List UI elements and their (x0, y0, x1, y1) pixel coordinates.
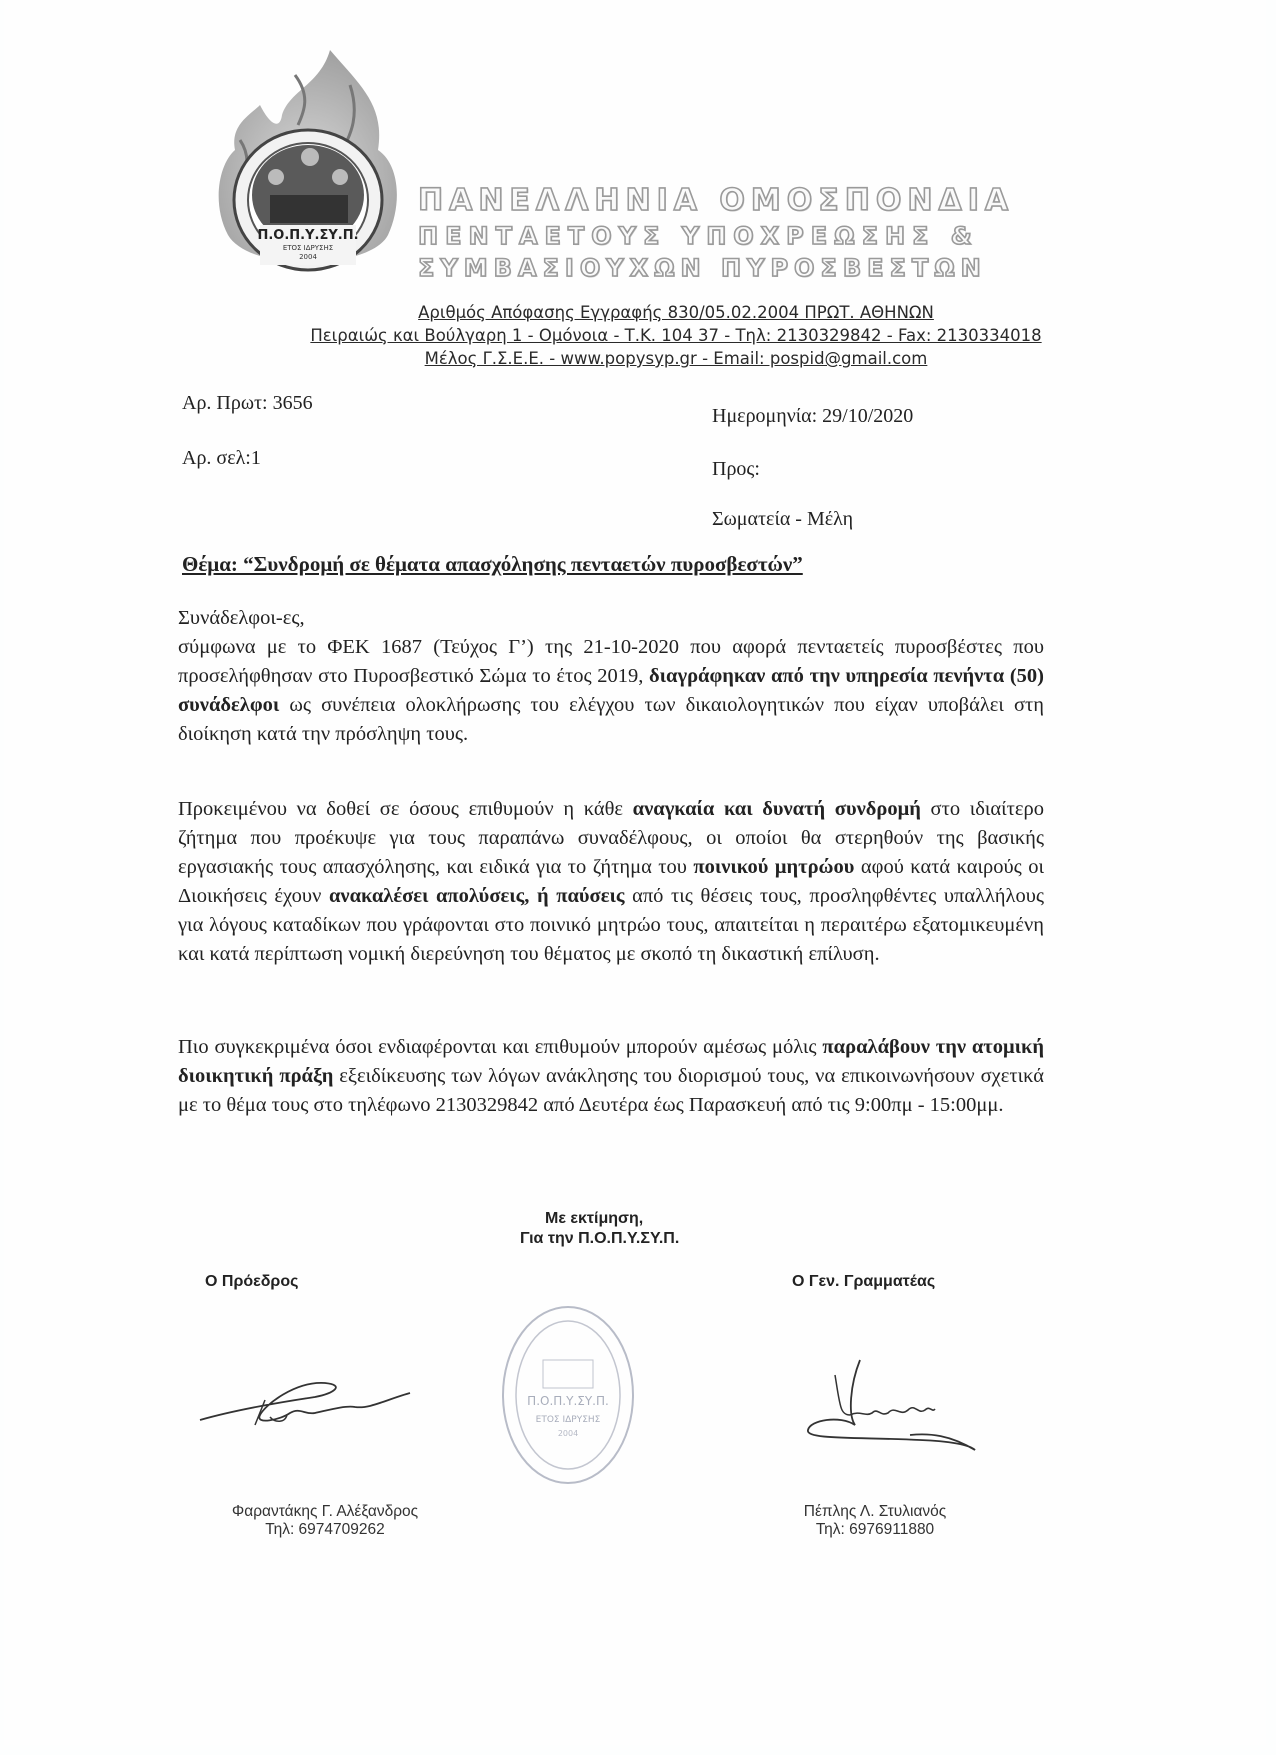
letterhead-title-line-3: ΣΥΜΒΑΣΙΟΥΧΩΝ ΠΥΡΟΣΒΕΣΤΩΝ (418, 254, 987, 282)
secretary-name: Πέπλης Λ. Στυλιανός Τηλ: 6976911880 (775, 1503, 975, 1539)
letterhead-title-line-2: ΠΕΝΤΑΕΤΟΥΣ ΥΠΟΧΡΕΩΣΗΣ & (418, 222, 979, 250)
recipients: Σωματεία - Μέλη (712, 508, 853, 531)
president-name: Φαραντάκης Γ. Αλέξανδρος Τηλ: 6974709262 (195, 1503, 455, 1539)
contact-line: Μέλος Γ.Σ.Ε.Ε. - www.popysyp.gr - Email:… (38, 349, 1276, 368)
closing-organization: Για την Π.Ο.Π.Υ.ΣΥ.Π. (520, 1230, 679, 1248)
svg-text:2004: 2004 (299, 253, 317, 261)
president-signature-icon (195, 1375, 415, 1435)
paragraph-1: σύμφωνα με το ΦΕΚ 1687 (Τεύχος Γ’) της 2… (178, 633, 1044, 749)
page-count: Αρ. σελ:1 (182, 447, 261, 470)
secretary-phone: Τηλ: 6976911880 (775, 1521, 975, 1539)
federation-seal-logo-icon: Π.Ο.Π.Υ.ΣΥ.Π. ΕΤΟΣ ΙΔΡΥΣΗΣ 2004 (210, 45, 405, 275)
registration-line: Αριθμός Απόφασης Εγγραφής 830/05.02.2004… (38, 303, 1276, 322)
document-date: Ημερομηνία: 29/10/2020 (712, 405, 913, 428)
closing-regards: Με εκτίμηση, (545, 1210, 643, 1228)
president-full-name: Φαραντάκης Γ. Αλέξανδρος (195, 1503, 455, 1521)
official-stamp-icon: Π.Ο.Π.Υ.ΣΥ.Π. ΕΤΟΣ ΙΔΡΥΣΗΣ 2004 (498, 1300, 638, 1490)
svg-text:ΕΤΟΣ ΙΔΡΥΣΗΣ: ΕΤΟΣ ΙΔΡΥΣΗΣ (283, 244, 333, 252)
address-line: Πειραιώς και Βούλγαρη 1 - Ομόνοια - Τ.Κ.… (38, 326, 1276, 345)
secretary-full-name: Πέπλης Λ. Στυλιανός (775, 1503, 975, 1521)
subject-heading: Θέμα: “Συνδρομή σε θέματα απασχόλησης πε… (182, 552, 803, 577)
paragraph-3: Πιο συγκεκριμένα όσοι ενδιαφέρονται και … (178, 1033, 1044, 1120)
president-phone: Τηλ: 6974709262 (195, 1521, 455, 1539)
svg-text:2004: 2004 (558, 1429, 578, 1438)
president-role: Ο Πρόεδρος (205, 1273, 298, 1291)
secretary-role: Ο Γεν. Γραμματέας (792, 1273, 935, 1291)
svg-text:Π.Ο.Π.Υ.ΣΥ.Π.: Π.Ο.Π.Υ.ΣΥ.Π. (257, 228, 358, 243)
letterhead-title-line-1: ΠΑΝΕΛΛΗΝΙΑ ΟΜΟΣΠΟΝΔΙΑ (418, 183, 1014, 218)
secretary-signature-icon (800, 1355, 980, 1455)
paragraph-2: Προκειμένου να δοθεί σε όσους επιθυμούν … (178, 795, 1044, 969)
recipient-label: Προς: (712, 458, 760, 481)
protocol-number: Αρ. Πρωτ: 3656 (182, 392, 313, 415)
svg-text:ΕΤΟΣ ΙΔΡΥΣΗΣ: ΕΤΟΣ ΙΔΡΥΣΗΣ (536, 1415, 601, 1425)
svg-text:Π.Ο.Π.Υ.ΣΥ.Π.: Π.Ο.Π.Υ.ΣΥ.Π. (527, 1394, 609, 1408)
greeting: Συνάδελφοι-ες, (178, 604, 1044, 633)
